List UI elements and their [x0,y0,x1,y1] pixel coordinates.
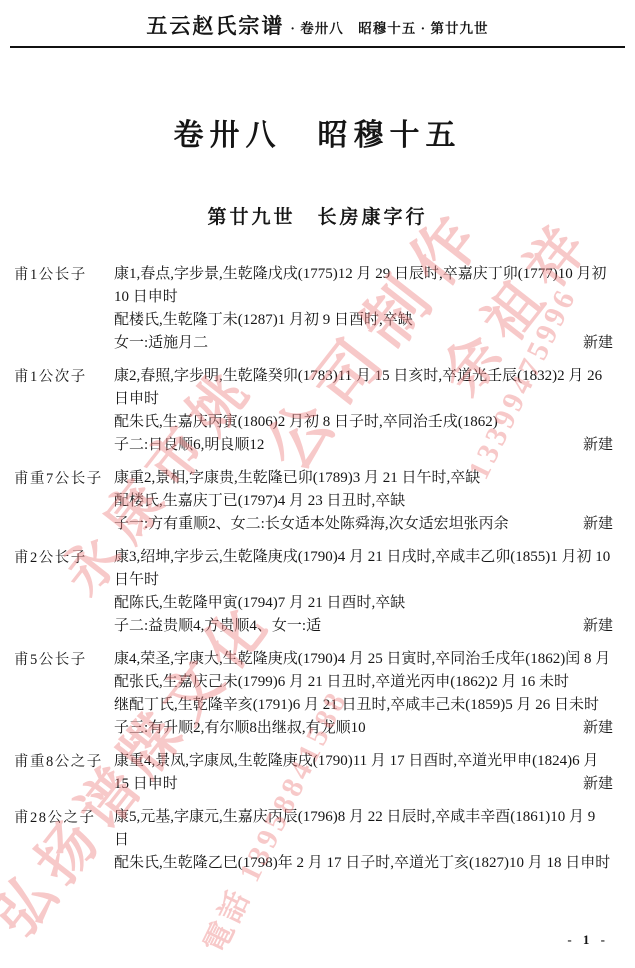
entry-text-line: 配陈氏,生乾隆甲寅(1794)7 月 21 日酉时,卒缺 [114,592,613,615]
header-rule [10,46,625,48]
section-title: 第廿九世 长房康字行 [0,202,635,229]
genealogy-entry: 甫28公之子康5,元基,字康元,生嘉庆丙辰(1796)8 月 22 日辰时,卒咸… [14,806,613,875]
entry-label: 甫28公之子 [14,806,114,875]
status-tag: 新建 [583,615,613,638]
book-title: 五云赵氏宗谱 [146,14,284,38]
entry-text-line: 康3,绍坤,字步云,生乾隆庚戌(1790)4 月 21 日戌时,卒咸丰乙卯(18… [114,546,613,592]
status-tag: 新建 [583,717,613,740]
entry-text-line: 配楼氏,生乾隆丁未(1287)1 月初 9 日酉时,卒缺 [114,309,613,332]
entry-text-line: 配张氏,生嘉庆己未(1799)6 月 21 日丑时,卒道光丙申(1862)2 月… [114,671,613,694]
genealogy-page: 五云赵氏宗谱· 卷卅八 昭穆十五 · 第廿九世 卷卅八 昭穆十五 第廿九世 长房… [0,0,635,968]
entry-text-line: 子二:益贵顺4,方贵顺4、女一:适新建 [114,615,613,638]
genealogy-entry: 甫1公长子康1,春点,字步景,生乾隆戊戌(1775)12 月 29 日辰时,卒嘉… [14,263,613,355]
chapter-title: 卷卅八 昭穆十五 [0,110,635,154]
genealogy-entry: 甫重8公之子康重4,景凤,字康凤,生乾隆庚戌(1790)11 月 17 日酉时,… [14,750,613,796]
page-number: - 1 - [567,932,609,948]
status-tag: 新建 [583,434,613,457]
status-tag: 新建 [583,513,613,536]
entry-label: 甫5公长子 [14,648,114,740]
entry-text-line: 康1,春点,字步景,生乾隆戊戌(1775)12 月 29 日辰时,卒嘉庆丁卯(1… [114,263,613,309]
genealogy-entry: 甫重7公长子康重2,景相,字康贵,生乾隆已卯(1789)3 月 21 日午时,卒… [14,467,613,536]
entry-text-line: 配朱氏,生嘉庆丙寅(1806)2 月初 8 日子时,卒同治壬戌(1862) [114,411,613,434]
entry-text-line: 子三:有升顺2,有尔顺8出继叔,有龙顺10新建 [114,717,613,740]
entry-text-line: 女一:适施月二新建 [114,332,613,355]
header-subtitle: · 卷卅八 昭穆十五 · 第廿九世 [290,21,488,36]
entry-text-line: 康4,荣圣,字康大,生乾隆庚戌(1790)4 月 25 日寅时,卒同治壬戌年(1… [114,648,613,671]
page-header: 五云赵氏宗谱· 卷卅八 昭穆十五 · 第廿九世 [0,0,635,40]
entries-list: 甫1公长子康1,春点,字步景,生乾隆戊戌(1775)12 月 29 日辰时,卒嘉… [0,263,635,875]
entry-text-line: 配朱氏,生乾隆乙巳(1798)年 2 月 17 日子时,卒道光丁亥(1827)1… [114,852,613,875]
genealogy-entry: 甫2公长子康3,绍坤,字步云,生乾隆庚戌(1790)4 月 21 日戌时,卒咸丰… [14,546,613,638]
entry-body: 康1,春点,字步景,生乾隆戊戌(1775)12 月 29 日辰时,卒嘉庆丁卯(1… [114,263,613,355]
status-tag: 新建 [583,332,613,355]
entry-text-line: 继配丁氏,生乾隆辛亥(1791)6 月 21 日丑时,卒咸丰己未(1859)5 … [114,694,613,717]
entry-text-line: 配楼氏,生嘉庆丁已(1797)4 月 23 日丑时,卒缺 [114,490,613,513]
status-tag: 新建 [583,773,613,796]
entry-label: 甫1公长子 [14,263,114,355]
entry-text-line: 康2,春照,字步明,生乾隆癸卯(1783)11 月 15 日亥时,卒道光壬辰(1… [114,365,613,411]
entry-text-line: 康重2,景相,字康贵,生乾隆已卯(1789)3 月 21 日午时,卒缺 [114,467,613,490]
entry-body: 康重2,景相,字康贵,生乾隆已卯(1789)3 月 21 日午时,卒缺配楼氏,生… [114,467,613,536]
entry-label: 甫1公次子 [14,365,114,457]
entry-text-line: 子二:日良顺6,明良顺12新建 [114,434,613,457]
entry-body: 康2,春照,字步明,生乾隆癸卯(1783)11 月 15 日亥时,卒道光壬辰(1… [114,365,613,457]
entry-body: 康3,绍坤,字步云,生乾隆庚戌(1790)4 月 21 日戌时,卒咸丰乙卯(18… [114,546,613,638]
entry-body: 康重4,景凤,字康凤,生乾隆庚戌(1790)11 月 17 日酉时,卒道光甲申(… [114,750,613,796]
entry-text-line: 康重4,景凤,字康凤,生乾隆庚戌(1790)11 月 17 日酉时,卒道光甲申(… [114,750,613,796]
entry-body: 康5,元基,字康元,生嘉庆丙辰(1796)8 月 22 日辰时,卒咸丰辛酉(18… [114,806,613,875]
entry-label: 甫重8公之子 [14,750,114,796]
entry-label: 甫重7公长子 [14,467,114,536]
genealogy-entry: 甫5公长子康4,荣圣,字康大,生乾隆庚戌(1790)4 月 25 日寅时,卒同治… [14,648,613,740]
genealogy-entry: 甫1公次子康2,春照,字步明,生乾隆癸卯(1783)11 月 15 日亥时,卒道… [14,365,613,457]
entry-text-line: 子一:方有重顺2、女二:长女适本处陈舜海,次女适宏坦张丙余新建 [114,513,613,536]
entry-body: 康4,荣圣,字康大,生乾隆庚戌(1790)4 月 25 日寅时,卒同治壬戌年(1… [114,648,613,740]
entry-text-line: 康5,元基,字康元,生嘉庆丙辰(1796)8 月 22 日辰时,卒咸丰辛酉(18… [114,806,613,852]
entry-label: 甫2公长子 [14,546,114,638]
